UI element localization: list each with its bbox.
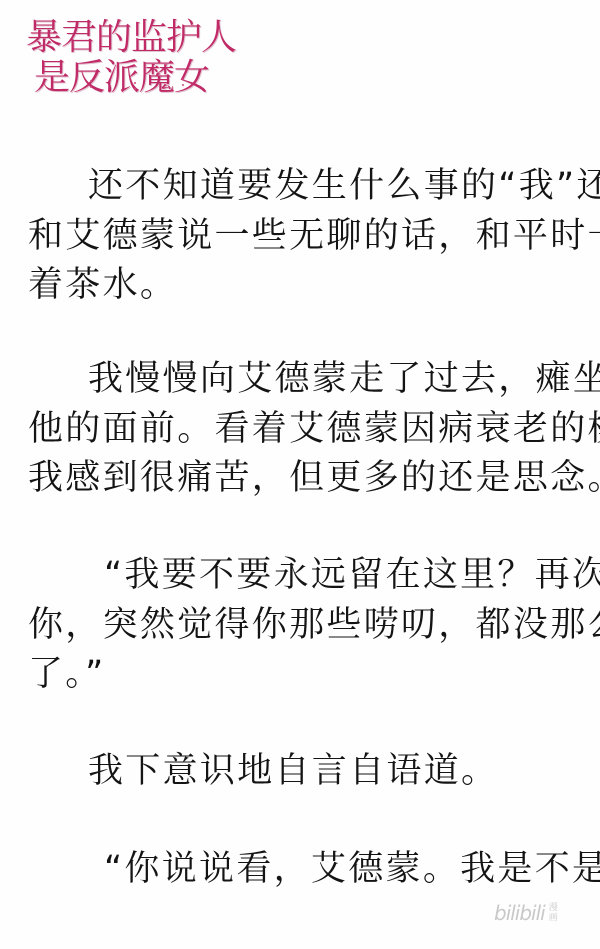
paragraph-2-line-3: 我感到很痛苦，但更多的还是思念。 <box>28 458 600 498</box>
watermark-logo-text: bilibili <box>494 901 545 925</box>
paragraph-1-line-3: 着茶水。 <box>28 265 177 305</box>
watermark-sub-text: 漫 画 <box>549 903 558 923</box>
logo-decoration-dots <box>86 78 206 100</box>
paragraph-3-line-1: “我要不要永远留在这里？再次见到 <box>104 555 600 595</box>
paragraph-4-line-1: 我下意识地自言自语道。 <box>88 751 498 791</box>
paragraph-5-line-1: “你说说看，艾德蒙。我是不是留在 <box>104 849 600 889</box>
paragraph-1-line-2: 和艾德蒙说一些无聊的话，和平时一样煮 <box>28 216 600 256</box>
paragraph-3-line-3: 了。” <box>28 654 106 694</box>
paragraph-2-line-1: 我慢慢向艾德蒙走了过去，瘫坐在了 <box>88 359 600 399</box>
logo-title-line-1: 暴君的监护人 <box>26 18 236 58</box>
comic-text-page: 暴君的监护人 是反派魔女 还不知道要发生什么事的“我”还在 和艾德蒙说一些无聊的… <box>0 0 600 949</box>
bilibili-comics-watermark: bilibili 漫 画 <box>494 898 584 928</box>
watermark-sub-line-1: 漫 <box>549 903 558 913</box>
paragraph-1-line-1: 还不知道要发生什么事的“我”还在 <box>88 166 600 206</box>
comic-title-logo: 暴君的监护人 是反派魔女 <box>26 18 226 100</box>
paragraph-2-line-2: 他的面前。看着艾德蒙因病衰老的模样， <box>28 409 600 449</box>
watermark-sub-line-2: 画 <box>549 913 558 923</box>
paragraph-3-line-2: 你，突然觉得你那些唠叨，都没那么烦人 <box>28 605 600 645</box>
